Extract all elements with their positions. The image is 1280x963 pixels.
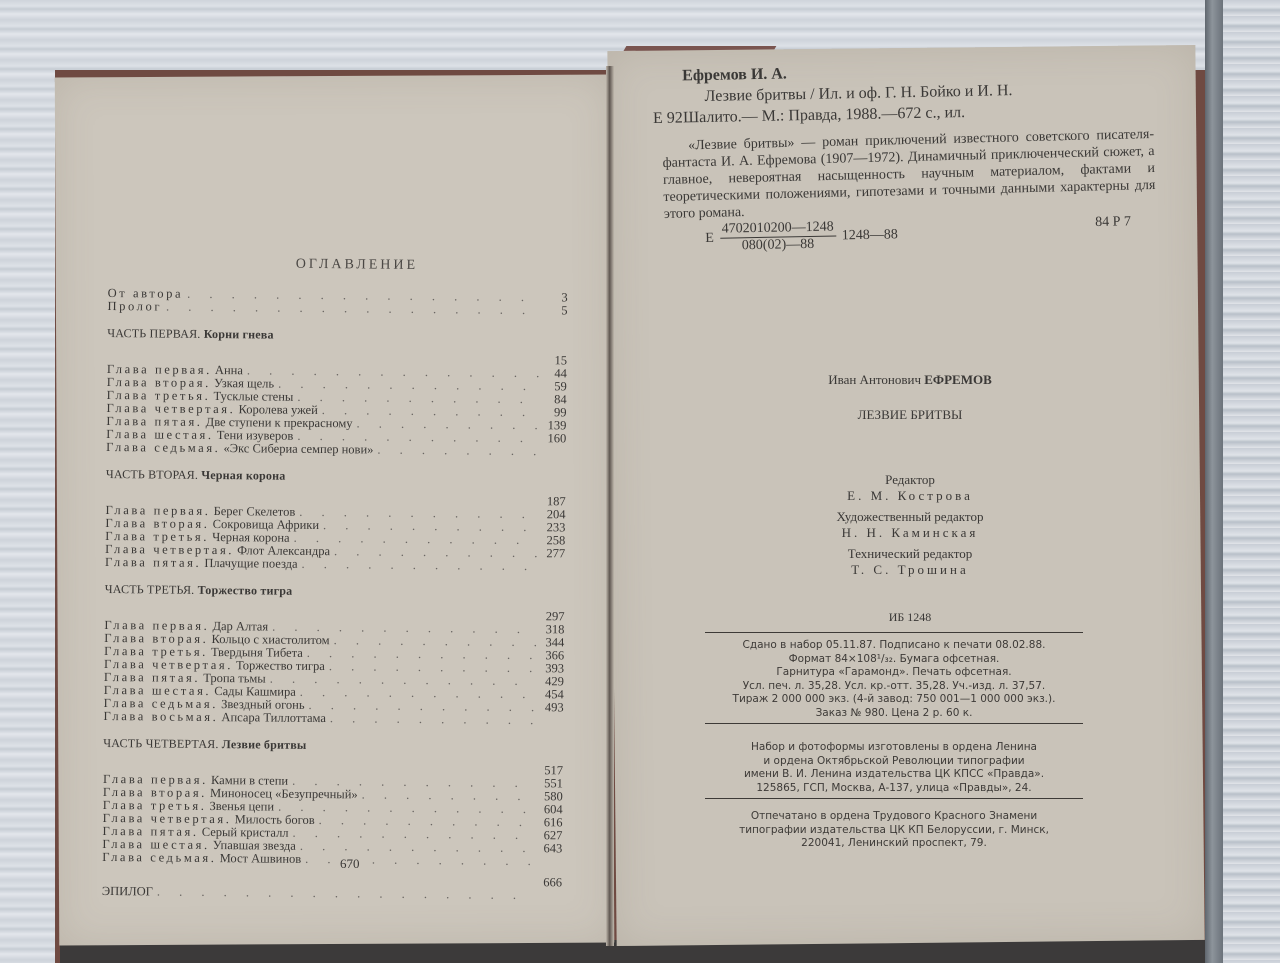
toc-front-matter: От автора. . . . . . . . . . . . . . . .… [107, 287, 567, 317]
part-title: Корни гнева [204, 327, 274, 342]
annotation: «Лезвие бритвы» — роман приключений изве… [662, 126, 1156, 223]
metal-rail [1205, 0, 1223, 963]
staff-role: Художественный редактор [700, 509, 1120, 525]
toc-epilogue: 666ЭПИЛОГ. . . . . . . . . . . . . . . .… [102, 872, 562, 902]
catalog-card: Ефремов И. А. Лезвие бритвы / Ил. и оф. … [652, 56, 1153, 129]
imprint-line: Набор и фотоформы изготовлены в ордена Л… [705, 741, 1083, 755]
imprint-line: Отпечатано в ордена Трудового Красного З… [705, 810, 1083, 824]
code-fraction: 4702010200—1248 080(02)—88 [720, 219, 837, 254]
toc-page-number: 643 [538, 842, 562, 855]
chapter-number: Глава седьмая. [102, 850, 216, 865]
table-of-contents: ОГЛАВЛЕНИЕ От автора. . . . . . . . . . … [102, 256, 568, 902]
staff-name: Н. Н. Каминская [700, 525, 1120, 541]
toc-page-number: 493 [540, 701, 564, 714]
imprint-line: имени В. И. Ленина издательства ЦК КПСС … [705, 768, 1083, 782]
staff-role: Технический редактор [700, 546, 1120, 562]
toc-parts: ЧАСТЬ ПЕРВАЯ. Корни гнева15Глава первая.… [102, 327, 567, 868]
chapter-title: «Экс Сибериа семпер нови» [224, 441, 374, 456]
imprint-line: типографии издательства ЦК КП Белоруссии… [705, 824, 1083, 838]
book-title: ЛЕЗВИЕ БРИТВЫ [700, 407, 1120, 423]
part-prefix: ЧАСТЬ ЧЕТВЕРТАЯ. [103, 736, 218, 751]
print-details: Сдано в набор 05.11.87. Подписано к печа… [705, 632, 1083, 724]
toc-page-number: 277 [541, 547, 565, 560]
chapter-number: Глава седьмая. [106, 440, 220, 455]
ib-number: ИБ 1248 [700, 610, 1120, 625]
chapter-number: Глава восьмая. [104, 709, 219, 724]
leader-dots: . . . . . . . . . . . . . . . . . . . . … [377, 444, 538, 459]
chapter-title: Апсара Тиллоттама [221, 710, 326, 725]
code-denominator: 080(02)—88 [742, 237, 815, 254]
staff-name: Т. С. Трошина [700, 562, 1120, 578]
code-prefix: Е [705, 230, 714, 246]
publication-code: Е 4702010200—1248 080(02)—88 1248—88 [705, 218, 898, 255]
leader-dots: . . . . . . . . . . . . . . . . . . . . … [322, 404, 539, 419]
imprint-line: Гарнитура «Гарамонд». Печать офсетная. [705, 666, 1083, 680]
annotation-text: «Лезвие бритвы» — роман приключений изве… [662, 126, 1156, 223]
toc-part-heading[interactable]: ЧАСТЬ ПЕРВАЯ. Корни гнева [107, 327, 567, 344]
imprint-line: Тираж 2 000 000 экз. (4-й завод: 750 001… [705, 693, 1083, 707]
staff-name: Е. М. Кострова [700, 488, 1120, 504]
code-suffix: 1248—88 [842, 227, 898, 244]
leader-dots: . . . . . . . . . . . . . . . . . . . . … [278, 801, 535, 816]
toc-entry-label: Пролог [107, 300, 162, 314]
toc-part-heading[interactable]: ЧАСТЬ ВТОРАЯ. Черная корона [106, 468, 566, 485]
author-full-name: Иван Антонович ЕФРЕМОВ [700, 372, 1120, 388]
epilogue-label: ЭПИЛОГ [102, 885, 153, 898]
printing-house-info: Отпечатано в ордена Трудового Красного З… [705, 806, 1083, 855]
chapter-label: Глава пятая. Плачущие поезда [105, 556, 298, 571]
part-title: Черная корона [201, 468, 285, 483]
staff-role: Редактор [700, 472, 1120, 488]
chapter-title: Плачущие поезда [204, 556, 297, 571]
chapter-label: Глава седьмая. Мост Ашвинов [102, 851, 301, 866]
toc-page-number: 160 [542, 432, 566, 445]
typesetting-info: Набор и фотоформы изготовлены в ордена Л… [705, 737, 1083, 799]
page-number: 670 [340, 856, 360, 872]
wood-surface [1223, 0, 1280, 963]
part-prefix: ЧАСТЬ ВТОРАЯ. [106, 467, 198, 482]
imprint-line: 125865, ГСП, Москва, А-137, улица «Правд… [705, 782, 1083, 796]
catalog-code: Е 92 [653, 107, 683, 129]
leader-dots: . . . . . . . . . . . . . . . . . . . . … [302, 558, 538, 573]
bbk-code: 84 Р 7 [1095, 214, 1131, 231]
editorial-staff: РедакторЕ. М. КостроваХудожественный ред… [700, 466, 1120, 577]
author-surname: ЕФРЕМОВ [924, 372, 992, 387]
book-gutter [606, 66, 614, 946]
chapter-label: Глава седьмая. «Экс Сибериа семпер нови» [106, 441, 373, 457]
author-first-names: Иван Антонович [828, 372, 921, 387]
part-prefix: ЧАСТЬ ТРЕТЬЯ. [105, 582, 195, 597]
toc-part-heading[interactable]: ЧАСТЬ ЧЕТВЕРТАЯ. Лезвие бритвы [103, 737, 563, 754]
part-prefix: ЧАСТЬ ПЕРВАЯ. [107, 326, 200, 341]
imprint-line: Заказ № 980. Цена 2 р. 60 к. [705, 707, 1083, 721]
leader-dots: . . . . . . . . . . . . . . . . . . . . … [166, 301, 540, 318]
part-title: Торжество тигра [198, 583, 293, 598]
chapter-title: Мост Ашвинов [220, 851, 302, 866]
leader-dots: . . . . . . . . . . . . . . . . . . . . … [330, 712, 536, 727]
code-numerator: 4702010200—1248 [720, 219, 836, 238]
part-title: Лезвие бритвы [222, 737, 307, 752]
imprint-line: Усл. печ. л. 35,28. Усл. кр.-отт. 35,28.… [705, 680, 1083, 694]
toc-page-number: 5 [543, 304, 567, 317]
chapter-number: Глава пятая. [105, 555, 201, 570]
imprint-line: Сдано в набор 05.11.87. Подписано к печа… [705, 639, 1083, 653]
toc-part-heading[interactable]: ЧАСТЬ ТРЕТЬЯ. Торжество тигра [105, 583, 565, 600]
chapter-label: Глава восьмая. Апсара Тиллоттама [104, 710, 326, 725]
imprint-line: и ордена Октябрьской Революции типографи… [705, 755, 1083, 769]
imprint-line: Формат 84×108¹/₃₂. Бумага офсетная. [705, 653, 1083, 667]
imprint-line: 220041, Ленинский проспект, 79. [705, 837, 1083, 851]
